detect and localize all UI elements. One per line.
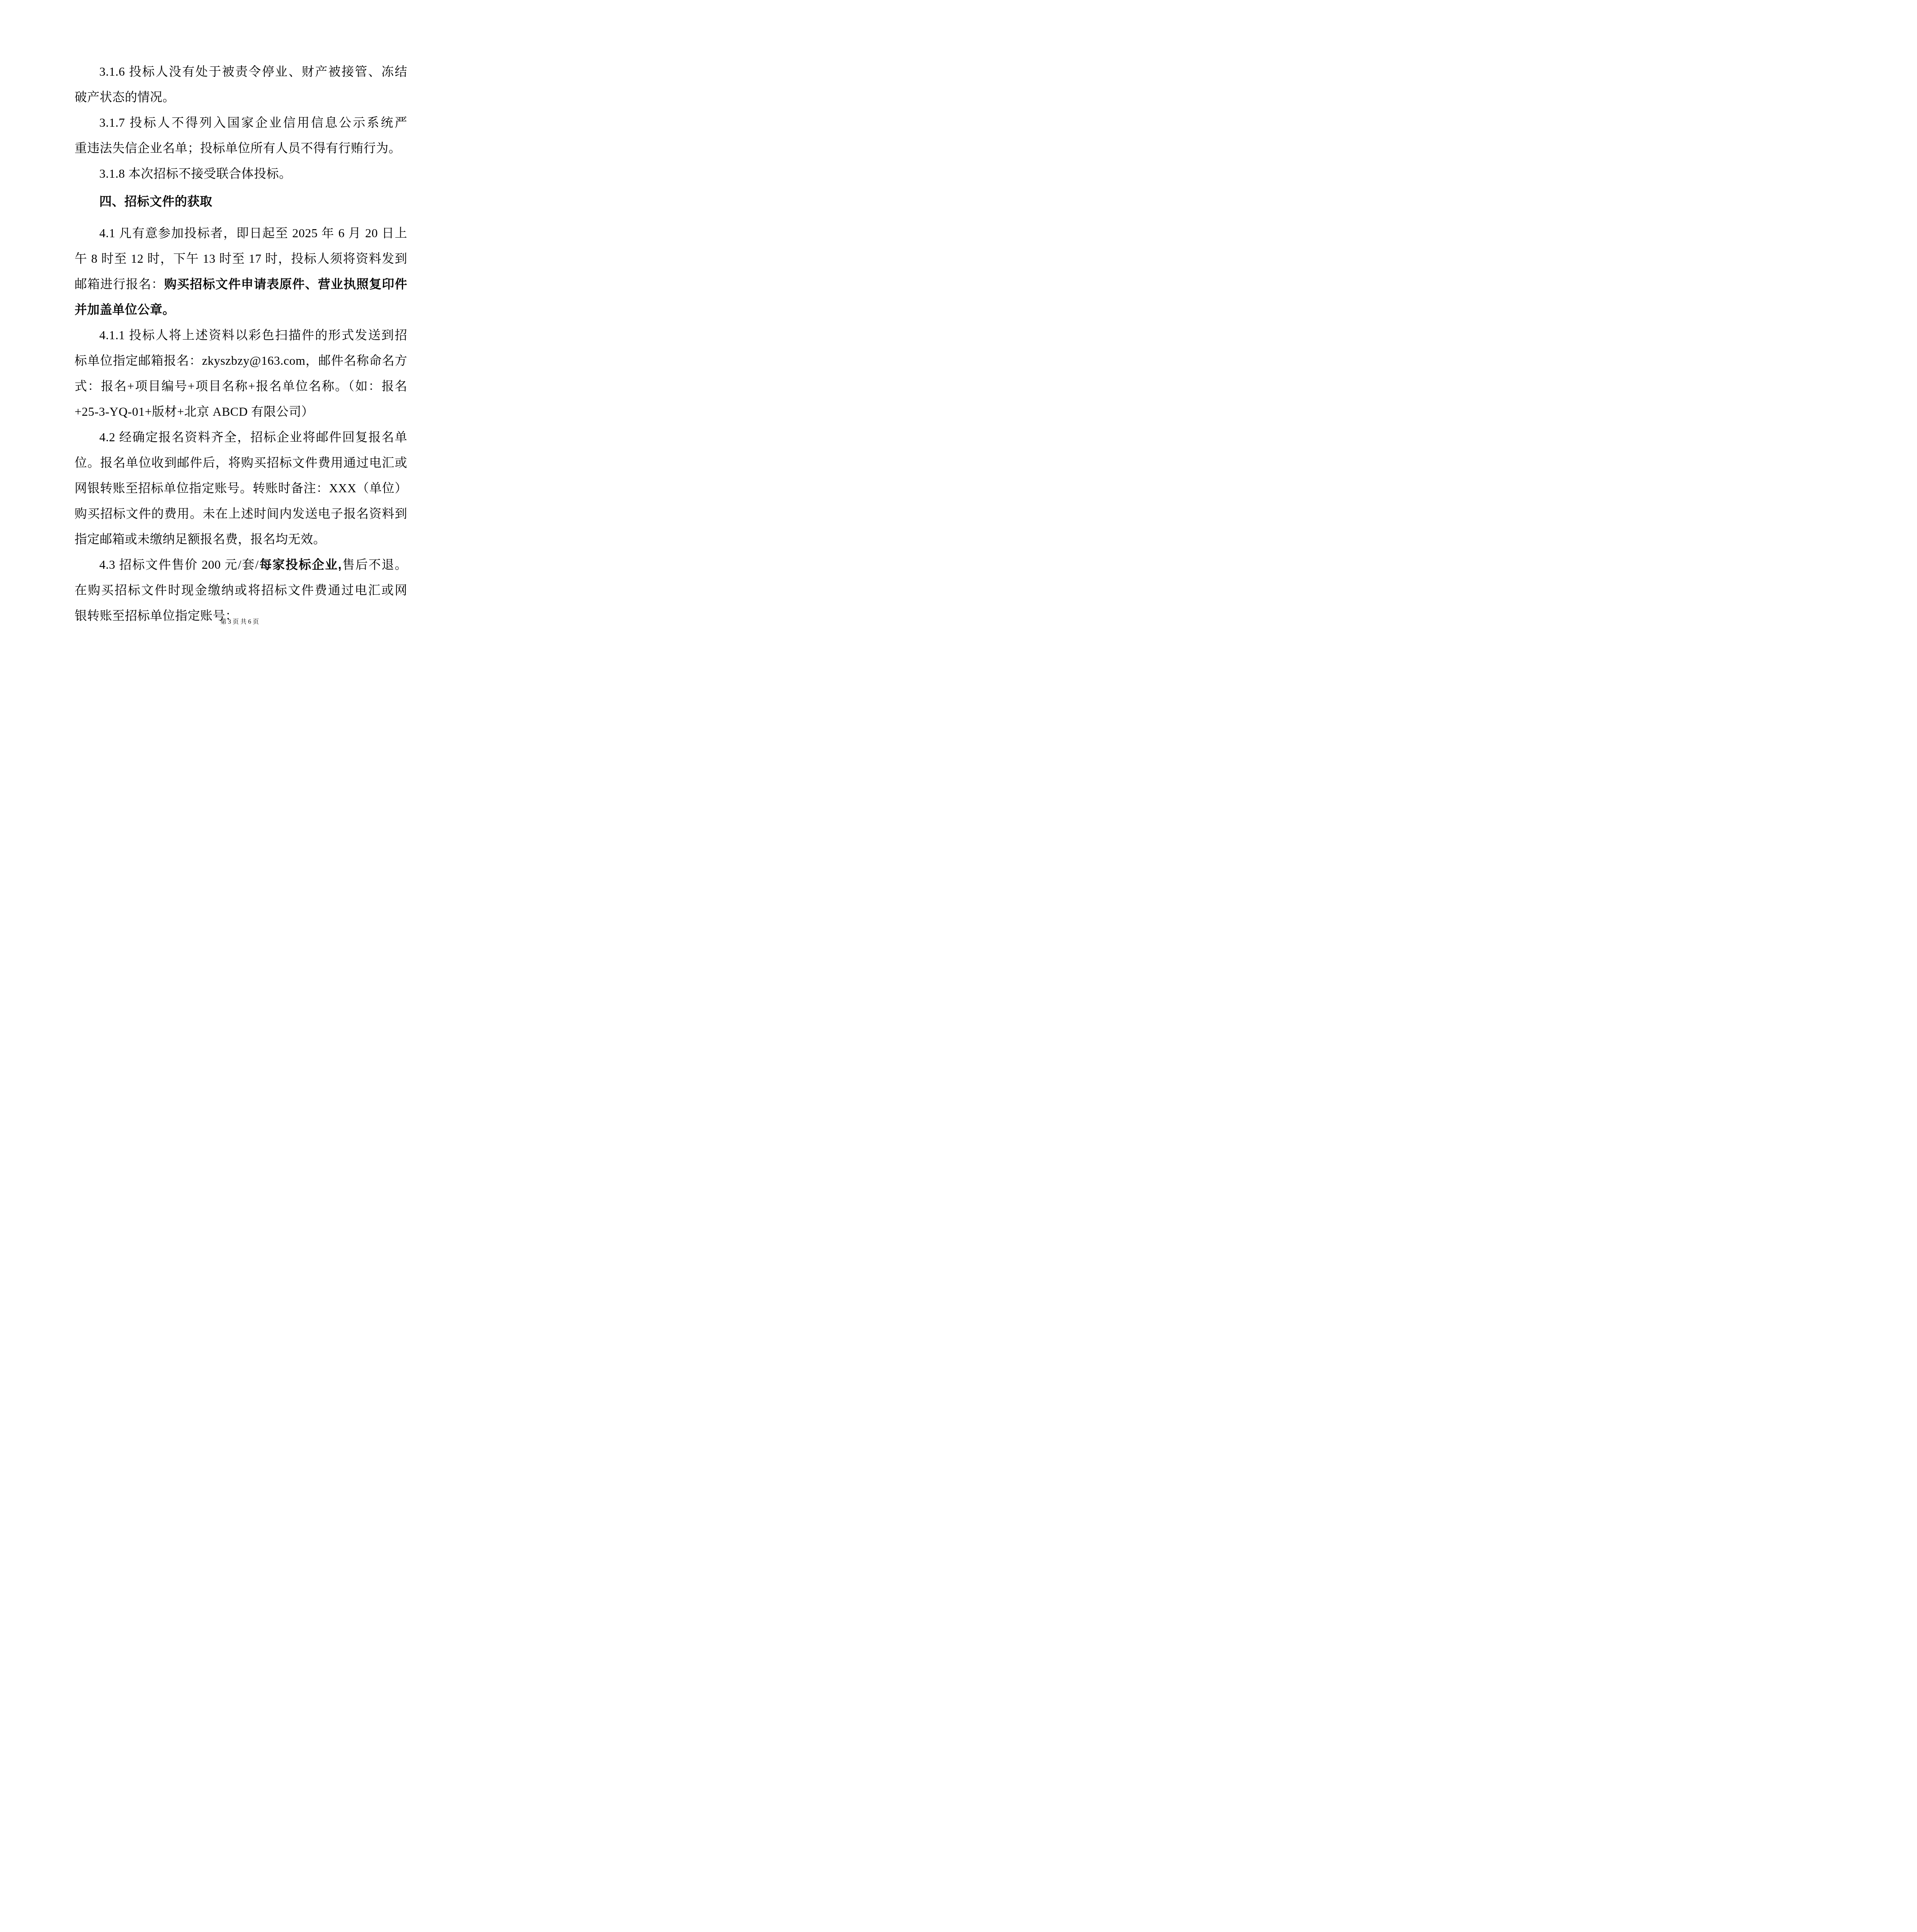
para-4-1: 4.1 凡有意参加投标者，即日起至 2025 年 6 月 20 日上午 8 时至… xyxy=(75,220,407,322)
section-heading-4: 四、招标文件的获取 xyxy=(75,189,407,214)
text-segment: 4.2 经确定报名资料齐全，招标企业将邮件回复报名单 xyxy=(99,430,407,444)
page-footer: 第 3 页 共 6 页 xyxy=(0,617,479,627)
text-segment: 4.1 凡有意参加投标者，即日起至 2025 年 6 月 20 日上 xyxy=(99,226,407,240)
text-segment: 网银转账至招标单位指定账号。转账时备注：XXX（单位） xyxy=(75,481,407,495)
text-segment: 3.1.8 本次招标不接受联合体投标。 xyxy=(99,167,292,180)
text-line: 4.2 经确定报名资料齐全，招标企业将邮件回复报名单 xyxy=(75,424,407,450)
text-segment: 4.3 招标文件售价 200 元/套/ xyxy=(99,558,259,571)
text-line: 在购买招标文件时现金缴纳或将招标文件费通过电汇或网 xyxy=(75,577,407,603)
text-line: 购买招标文件的费用。未在上述时间内发送电子报名资料到 xyxy=(75,501,407,526)
text-line: 3.1.6 投标人没有处于被责令停业、财产被接管、冻结 xyxy=(75,59,407,84)
document-body: 3.1.6 投标人没有处于被责令停业、财产被接管、冻结破产状态的情况。3.1.7… xyxy=(75,59,407,628)
para-3-1-8: 3.1.8 本次招标不接受联合体投标。 xyxy=(75,161,407,186)
text-segment: 售后不退。 xyxy=(342,558,407,571)
text-segment: 式：报名+项目编号+项目名称+报名单位名称。（如：报名 xyxy=(75,379,407,393)
text-line: 3.1.7 投标人不得列入国家企业信用信息公示系统严 xyxy=(75,110,407,135)
text-line: 标单位指定邮箱报名：zkyszbzy@163.com，邮件名称命名方 xyxy=(75,348,407,373)
text-line: 并加盖单位公章。 xyxy=(75,297,407,322)
text-line: 4.1 凡有意参加投标者，即日起至 2025 年 6 月 20 日上 xyxy=(75,220,407,246)
bold-text-segment: 四、招标文件的获取 xyxy=(99,194,213,208)
text-segment: 标单位指定邮箱报名：zkyszbzy@163.com，邮件名称命名方 xyxy=(75,354,407,367)
text-segment: 在购买招标文件时现金缴纳或将招标文件费通过电汇或网 xyxy=(75,583,407,597)
text-segment: 指定邮箱或未缴纳足额报名费，报名均无效。 xyxy=(75,532,326,546)
para-4-2: 4.2 经确定报名资料齐全，招标企业将邮件回复报名单位。报名单位收到邮件后，将购… xyxy=(75,424,407,552)
para-3-1-7: 3.1.7 投标人不得列入国家企业信用信息公示系统严重违法失信企业名单；投标单位… xyxy=(75,110,407,161)
text-segment: +25-3-YQ-01+版材+北京 ABCD 有限公司） xyxy=(75,405,314,418)
text-line: 式：报名+项目编号+项目名称+报名单位名称。（如：报名 xyxy=(75,373,407,399)
text-segment: 3.1.6 投标人没有处于被责令停业、财产被接管、冻结 xyxy=(99,65,407,78)
text-line: 破产状态的情况。 xyxy=(75,84,407,110)
text-line: 重违法失信企业名单；投标单位所有人员不得有行贿行为。 xyxy=(75,135,407,161)
text-segment: 4.1.1 投标人将上述资料以彩色扫描件的形式发送到招 xyxy=(99,328,407,342)
bold-text-segment: 每家投标企业, xyxy=(259,558,342,571)
para-4-1-1: 4.1.1 投标人将上述资料以彩色扫描件的形式发送到招标单位指定邮箱报名：zky… xyxy=(75,322,407,424)
text-line: 4.1.1 投标人将上述资料以彩色扫描件的形式发送到招 xyxy=(75,322,407,348)
text-segment: 重违法失信企业名单；投标单位所有人员不得有行贿行为。 xyxy=(75,141,401,155)
text-line: 3.1.8 本次招标不接受联合体投标。 xyxy=(75,161,407,186)
para-3-1-6: 3.1.6 投标人没有处于被责令停业、财产被接管、冻结破产状态的情况。 xyxy=(75,59,407,110)
text-segment: 3.1.7 投标人不得列入国家企业信用信息公示系统严 xyxy=(99,116,407,129)
text-line: 4.3 招标文件售价 200 元/套/每家投标企业,售后不退。 xyxy=(75,552,407,577)
text-line: 四、招标文件的获取 xyxy=(75,189,407,214)
bold-text-segment: 购买招标文件申请表原件、营业执照复印件 xyxy=(164,277,407,291)
para-4-3: 4.3 招标文件售价 200 元/套/每家投标企业,售后不退。在购买招标文件时现… xyxy=(75,552,407,628)
text-line: 指定邮箱或未缴纳足额报名费，报名均无效。 xyxy=(75,526,407,552)
text-segment: 破产状态的情况。 xyxy=(75,90,175,104)
text-line: 邮箱进行报名：购买招标文件申请表原件、营业执照复印件 xyxy=(75,271,407,297)
text-segment: 邮箱进行报名： xyxy=(75,277,164,291)
text-line: +25-3-YQ-01+版材+北京 ABCD 有限公司） xyxy=(75,399,407,424)
text-line: 午 8 时至 12 时，下午 13 时至 17 时，投标人须将资料发到 xyxy=(75,246,407,271)
document-page: 3.1.6 投标人没有处于被责令停业、财产被接管、冻结破产状态的情况。3.1.7… xyxy=(0,0,479,678)
text-segment: 购买招标文件的费用。未在上述时间内发送电子报名资料到 xyxy=(75,507,407,520)
bold-text-segment: 并加盖单位公章。 xyxy=(75,303,175,316)
text-line: 位。报名单位收到邮件后，将购买招标文件费用通过电汇或 xyxy=(75,450,407,475)
text-line: 网银转账至招标单位指定账号。转账时备注：XXX（单位） xyxy=(75,475,407,501)
text-segment: 午 8 时至 12 时，下午 13 时至 17 时，投标人须将资料发到 xyxy=(75,252,407,265)
text-segment: 位。报名单位收到邮件后，将购买招标文件费用通过电汇或 xyxy=(75,456,407,469)
